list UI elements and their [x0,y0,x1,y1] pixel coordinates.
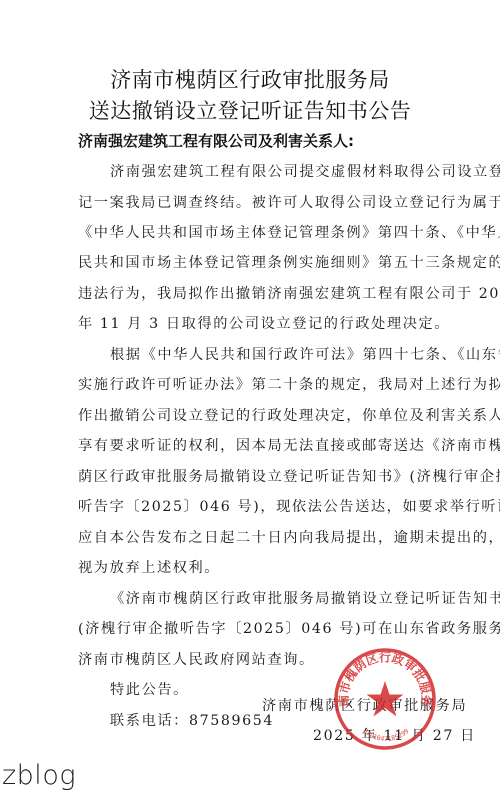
body-line: 民共和国市场主体登记管理条例实施细则》第五十三条规定的 [78,252,442,272]
body-line: 荫区行政审批服务局撤销设立登记听证告知书》(济槐行审企撤 [78,466,442,486]
body-line: (济槐行审企撤听告字〔2025〕046 号)可在山东省政务服务网和 [78,618,442,638]
body-line: 听告字〔2025〕046 号)，现依法公告送达，如要求举行听证， [78,496,442,516]
svg-text:3701047185299: 3701047185299 [362,727,411,743]
body-line: 视为放弃上述权利。 [78,557,442,577]
addressee: 济南强宏建筑工程有限公司及利害关系人: [78,130,354,151]
body-line: 根据《中华人民共和国行政许可法》第四十七条、《山东省 [110,344,442,364]
body-line: 年 11 月 3 日取得的公司设立登记的行政处理决定。 [78,313,442,333]
body-line: 应自本公告发布之日起二十日内向我局提出，逾期未提出的， [78,527,442,547]
official-seal-icon: 济南市槐荫区行政审批服务局 3701047185299 [333,647,437,751]
body-line: 作出撤销公司设立登记的行政处理决定，你单位及利害关系人 [78,405,442,425]
title-line-1: 济南市槐荫区行政审批服务局 [0,64,500,94]
body-line: 享有要求听证的权利，因本局无法直接或邮寄送达《济南市槐 [78,435,442,455]
body-line: 违法行为，我局拟作出撤销济南强宏建筑工程有限公司于 2006 [78,283,442,303]
body-line: 记一案我局已调查终结。被许可人取得公司设立登记行为属于 [78,192,442,212]
title-line-2: 送达撤销设立登记听证告知书公告 [0,95,500,125]
watermark-text: zblog [2,760,76,791]
body-line: 实施行政许可听证办法》第二十条的规定，我局对上述行为拟 [78,374,442,394]
body-line: 济南强宏建筑工程有限公司提交虚假材料取得公司设立登 [110,161,442,181]
body-line: 《中华人民共和国市场主体登记管理条例》第四十条、《中华人 [78,222,442,242]
body-line: 《济南市槐荫区行政审批服务局撤销设立登记听证告知书》 [110,588,442,608]
